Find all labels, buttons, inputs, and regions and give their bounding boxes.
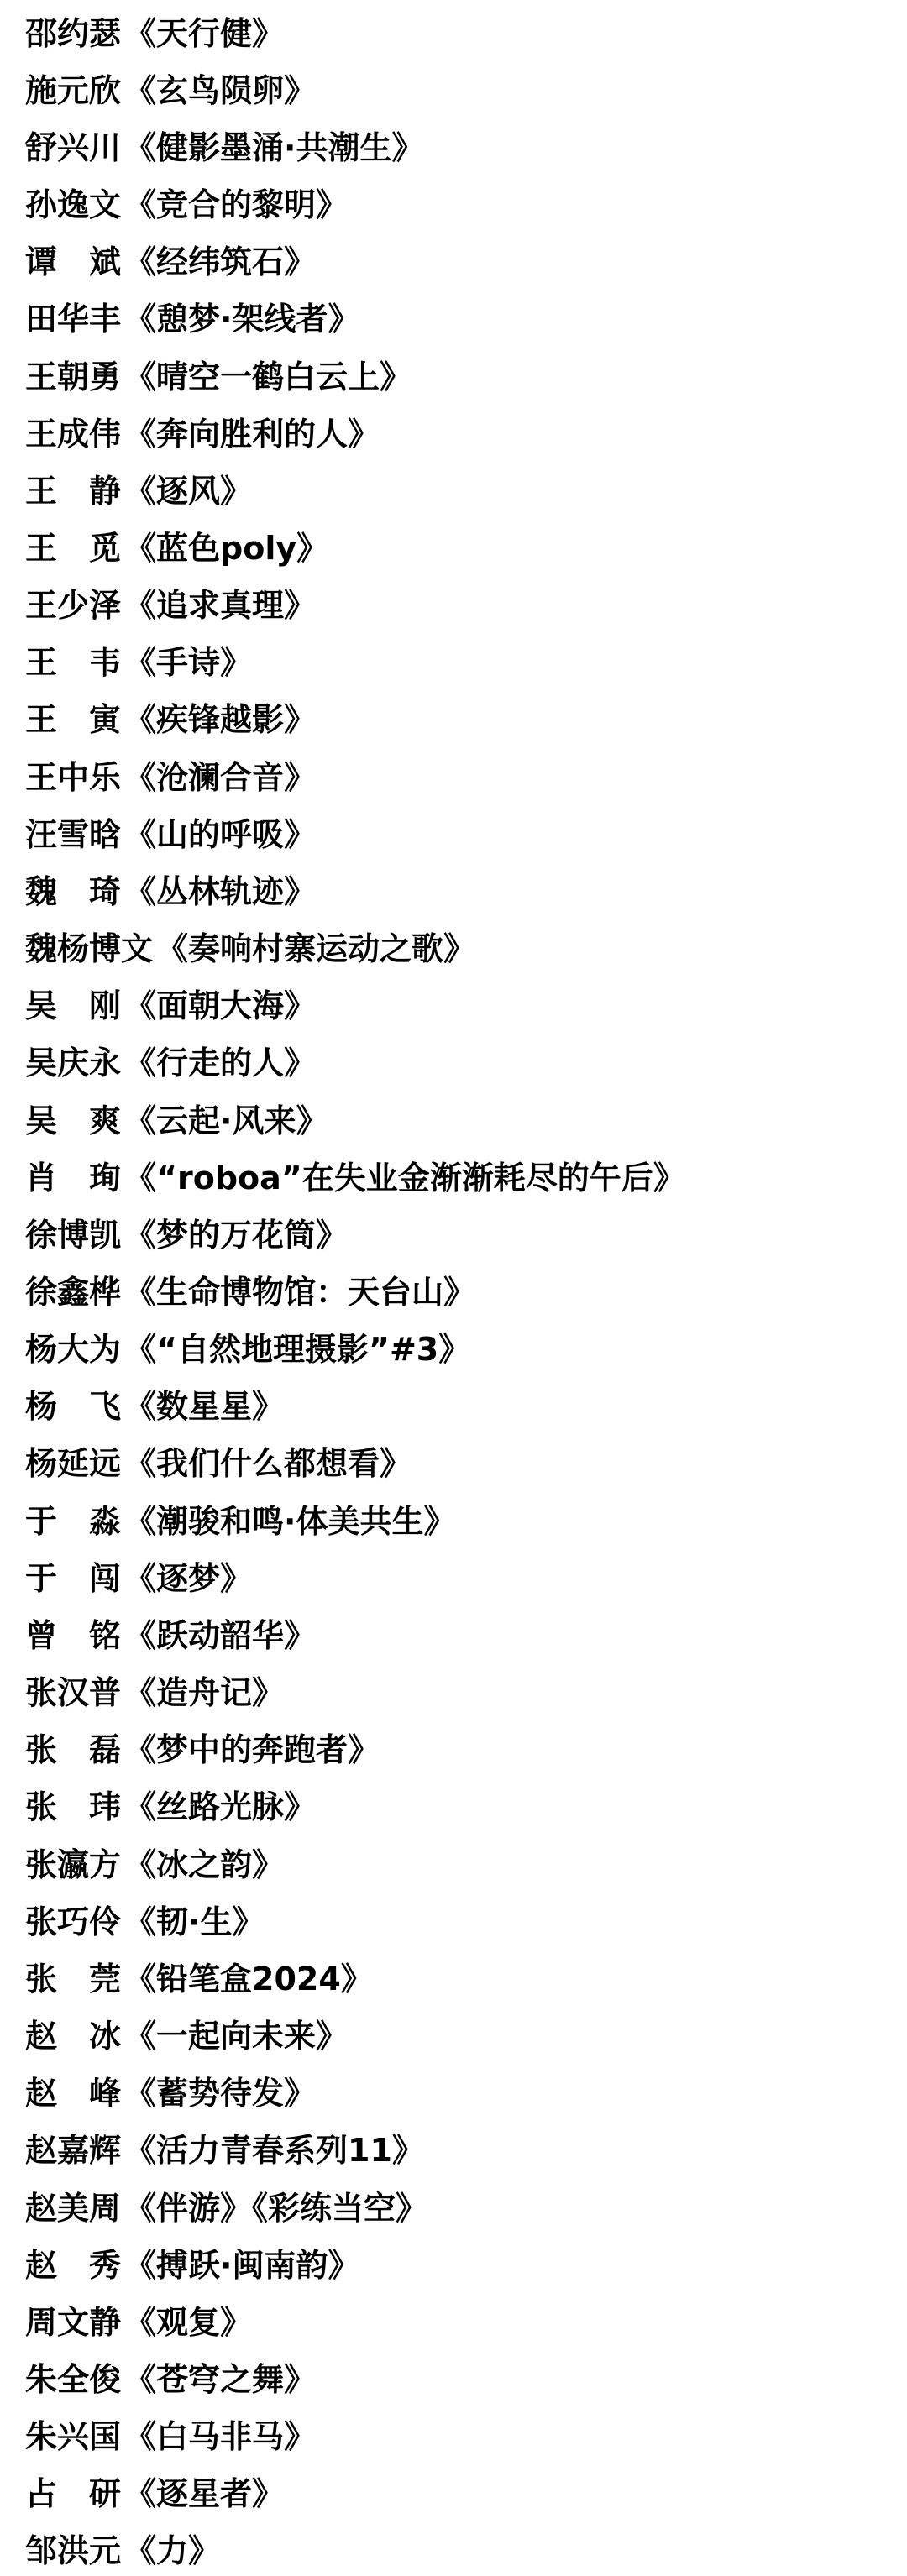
author-name: 赵美周 (25, 2182, 121, 2228)
author-name: 舒兴川 (25, 122, 121, 168)
author-name: 吴庆永 (25, 1037, 121, 1083)
work-title: 《玄鸟陨卵》 (124, 65, 316, 111)
list-item: 赵 秀《搏跃·闽南韵》 (25, 2233, 907, 2291)
author-name: 王 韦 (25, 636, 121, 683)
work-title: 《奔向胜利的人》 (124, 408, 380, 454)
author-name: 周文静 (25, 2296, 121, 2343)
author-name: 王成伟 (25, 408, 121, 454)
author-name: 田华丰 (25, 293, 121, 339)
work-title: 《憩梦·架线者》 (124, 293, 359, 339)
list-item: 于 淼《潮骏和鸣·体美共生》 (25, 1490, 907, 1547)
list-item: 赵 峰《蓄势待发》 (25, 2062, 907, 2119)
work-title: 《我们什么都想看》 (124, 1437, 412, 1484)
list-item: 王 寅《疾锋越影》 (25, 689, 907, 746)
list-item: 张汉普《造舟记》 (25, 1662, 907, 1719)
list-item: 张瀛方《冰之韵》 (25, 1833, 907, 1890)
author-name: 邹洪元 (25, 2525, 121, 2571)
work-title: 《手诗》 (124, 636, 252, 683)
list-item: 张 玮《丝路光脉》 (25, 1776, 907, 1833)
author-name: 徐博凯 (25, 1209, 121, 1255)
author-name: 赵 峰 (25, 2067, 121, 2113)
author-name: 张汉普 (25, 1667, 121, 1713)
work-title: 《经纬筑石》 (124, 236, 316, 282)
author-name: 魏杨博文 (25, 923, 153, 969)
work-title: 《逐星者》 (124, 2468, 284, 2514)
author-name: 吴 爽 (25, 1095, 121, 1141)
list-item: 吴 刚《面朝大海》 (25, 975, 907, 1032)
list-item: 赵嘉辉《活力青春系列11》 (25, 2119, 907, 2176)
work-title: 《疾锋越影》 (124, 694, 316, 740)
author-name: 张 玮 (25, 1781, 121, 1827)
work-title: 《“roboa”在失业金渐渐耗尽的午后》 (124, 1152, 685, 1198)
author-name: 朱全俊 (25, 2353, 121, 2400)
list-item: 王朝勇《晴空一鹤白云上》 (25, 345, 907, 402)
list-item: 魏 琦《丛林轨迹》 (25, 860, 907, 917)
list-item: 王 静《逐风》 (25, 459, 907, 516)
work-title: 《铅笔盒2024》 (124, 1953, 373, 1999)
list-item: 赵 冰《一起向未来》 (25, 2004, 907, 2061)
list-item: 曾 铭《跃动韶华》 (25, 1604, 907, 1661)
list-item: 张 磊《梦中的奔跑者》 (25, 1719, 907, 1776)
list-item: 吴庆永《行走的人》 (25, 1032, 907, 1089)
author-name: 杨 飞 (25, 1380, 121, 1427)
work-title: 《沧澜合音》 (124, 751, 316, 798)
work-title: 《伴游》《彩练当空》 (124, 2182, 427, 2228)
list-item: 魏杨博文《奏响村寨运动之歌》 (25, 918, 907, 975)
author-name: 王中乐 (25, 751, 121, 798)
work-title: 《韧·生》 (124, 1896, 264, 1942)
list-item: 占 研《逐星者》 (25, 2463, 907, 2520)
author-name: 杨延远 (25, 1437, 121, 1484)
author-name: 施元欣 (25, 65, 121, 111)
author-name: 王少泽 (25, 579, 121, 626)
work-title: 《蓄势待发》 (124, 2067, 316, 2113)
work-title: 《梦中的奔跑者》 (124, 1724, 380, 1770)
list-item: 杨延远《我们什么都想看》 (25, 1432, 907, 1490)
list-item: 肖 珣《“roboa”在失业金渐渐耗尽的午后》 (25, 1146, 907, 1203)
list-item: 徐鑫桦《生命博物馆：天台山》 (25, 1260, 907, 1317)
work-title: 《潮骏和鸣·体美共生》 (124, 1495, 455, 1542)
work-title: 《蓝色poly》 (124, 522, 328, 568)
list-item: 周文静《观复》 (25, 2291, 907, 2348)
work-title: 《活力青春系列11》 (124, 2124, 424, 2170)
author-name: 于 闯 (25, 1552, 121, 1599)
work-title: 《逐风》 (124, 465, 252, 511)
author-name: 王 觅 (25, 522, 121, 568)
author-name: 汪雪晗 (25, 809, 121, 855)
list-item: 杨大为《“自然地理摄影”#3》 (25, 1318, 907, 1375)
list-item: 邵约瑟《天行健》 (25, 2, 907, 59)
list-item: 施元欣《玄鸟陨卵》 (25, 59, 907, 116)
list-item: 徐博凯《梦的万花筒》 (25, 1203, 907, 1260)
work-title: 《晴空一鹤白云上》 (124, 351, 412, 397)
work-title: 《一起向未来》 (124, 2010, 348, 2056)
work-title: 《白马非马》 (124, 2411, 316, 2457)
work-title: 《数星星》 (124, 1380, 284, 1427)
work-title: 《力》 (124, 2525, 220, 2571)
author-name: 王朝勇 (25, 351, 121, 397)
author-name: 占 研 (25, 2468, 121, 2514)
author-name: 于 淼 (25, 1495, 121, 1542)
author-name: 王 寅 (25, 694, 121, 740)
author-name: 张巧伶 (25, 1896, 121, 1942)
list-item: 邹洪元《力》 (25, 2520, 907, 2576)
work-title: 《苍穹之舞》 (124, 2353, 316, 2400)
author-name: 赵 冰 (25, 2010, 121, 2056)
work-title: 《天行健》 (124, 8, 284, 54)
list-item: 王少泽《追求真理》 (25, 574, 907, 631)
list-item: 朱兴国《白马非马》 (25, 2406, 907, 2463)
list-item: 舒兴川《健影墨涌·共潮生》 (25, 116, 907, 173)
list-item: 吴 爽《云起·风来》 (25, 1089, 907, 1146)
list-item: 朱全俊《苍穹之舞》 (25, 2348, 907, 2405)
list-item: 张巧伶《韧·生》 (25, 1890, 907, 1947)
list-item: 田华丰《憩梦·架线者》 (25, 288, 907, 345)
author-name: 曾 铭 (25, 1610, 121, 1656)
work-title: 《“自然地理摄影”#3》 (124, 1323, 470, 1369)
work-title: 《观复》 (124, 2296, 252, 2343)
list-item: 于 闯《逐梦》 (25, 1547, 907, 1604)
list-item: 王成伟《奔向胜利的人》 (25, 402, 907, 459)
author-name: 张瀛方 (25, 1839, 121, 1885)
author-name: 张 磊 (25, 1724, 121, 1770)
list-item: 张 莞《铅笔盒2024》 (25, 1947, 907, 2004)
work-title: 《梦的万花筒》 (124, 1209, 348, 1255)
author-name: 徐鑫桦 (25, 1266, 121, 1312)
author-name: 赵嘉辉 (25, 2124, 121, 2170)
work-title: 《搏跃·闽南韵》 (124, 2239, 359, 2285)
author-name: 杨大为 (25, 1323, 121, 1369)
author-name: 肖 珣 (25, 1152, 121, 1198)
author-name: 张 莞 (25, 1953, 121, 1999)
list-item: 王中乐《沧澜合音》 (25, 746, 907, 803)
work-title: 《跃动韶华》 (124, 1610, 316, 1656)
work-title: 《造舟记》 (124, 1667, 284, 1713)
list-item: 汪雪晗《山的呼吸》 (25, 803, 907, 860)
work-title: 《奏响村寨运动之歌》 (156, 923, 475, 969)
author-name: 魏 琦 (25, 866, 121, 912)
list-item: 赵美周《伴游》《彩练当空》 (25, 2176, 907, 2233)
work-title: 《健影墨涌·共潮生》 (124, 122, 423, 168)
list-item: 谭 斌《经纬筑石》 (25, 231, 907, 288)
work-title: 《追求真理》 (124, 579, 316, 626)
author-name: 朱兴国 (25, 2411, 121, 2457)
list-item: 杨 飞《数星星》 (25, 1375, 907, 1432)
author-name: 谭 斌 (25, 236, 121, 282)
work-title: 《竞合的黎明》 (124, 179, 348, 225)
author-name: 赵 秀 (25, 2239, 121, 2285)
list-item: 孙逸文《竞合的黎明》 (25, 173, 907, 230)
work-title: 《逐梦》 (124, 1552, 252, 1599)
work-title: 《生命博物馆：天台山》 (124, 1266, 475, 1312)
work-title: 《云起·风来》 (124, 1095, 328, 1141)
work-title: 《行走的人》 (124, 1037, 316, 1083)
list-item: 王 韦《手诗》 (25, 631, 907, 689)
author-name: 吴 刚 (25, 980, 121, 1026)
work-title: 《山的呼吸》 (124, 809, 316, 855)
work-title: 《冰之韵》 (124, 1839, 284, 1885)
author-name: 孙逸文 (25, 179, 121, 225)
work-title: 《丛林轨迹》 (124, 866, 316, 912)
author-name: 王 静 (25, 465, 121, 511)
work-title: 《面朝大海》 (124, 980, 316, 1026)
author-name: 邵约瑟 (25, 8, 121, 54)
author-work-list: 邵约瑟《天行健》 施元欣《玄鸟陨卵》 舒兴川《健影墨涌·共潮生》 孙逸文《竞合的… (0, 0, 907, 2576)
work-title: 《丝路光脉》 (124, 1781, 316, 1827)
list-item: 王 觅《蓝色poly》 (25, 516, 907, 573)
